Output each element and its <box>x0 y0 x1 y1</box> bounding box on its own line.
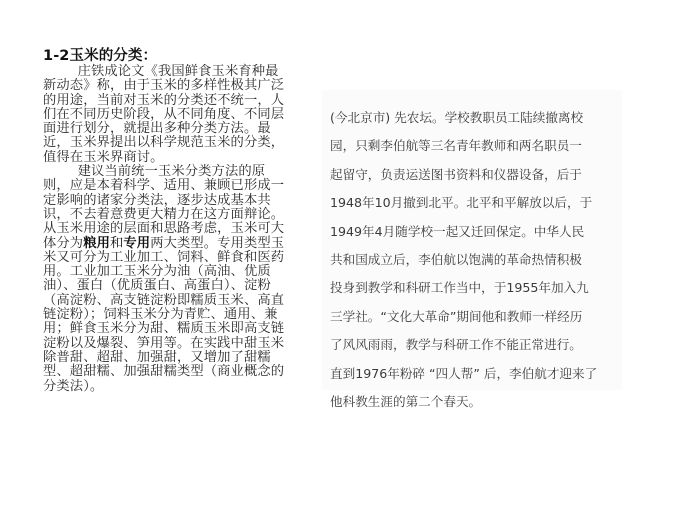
excerpt-line: 投身到教学和科研工作当中，于1955年加入九 <box>330 274 622 302</box>
excerpt-line: 三学社。“文化大革命”期间他和教师一样经历 <box>330 303 622 331</box>
article-paragraph-1: 庄铁成论文《我国鲜食玉米育种最新动态》称，由于玉米的多样性极其广泛的用途，当前对… <box>43 65 288 165</box>
excerpt-line: 1948年10月撤到北平。北平和平解放以后，于 <box>330 189 622 217</box>
excerpt-line: (今北京市) 先农坛。学校教职员工陆续撤离校 <box>330 104 622 132</box>
bold-term-special: 专用 <box>123 236 150 251</box>
conjunction-text: 和 <box>110 236 123 251</box>
paragraph-2-text-b: 两大类型。专用类型玉米又可分为工业加工、饲料、鲜食和医药用。工业加工玉米分为油（… <box>43 236 284 394</box>
biography-excerpt-panel: (今北京市) 先农坛。学校教职员工陆续撤离校 园，只剩李伯航等三名青年教师和两名… <box>322 90 622 390</box>
excerpt-line: 1949年4月随学校一起又迁回保定。中华人民 <box>330 218 622 246</box>
maize-classification-article: 1-2玉米的分类： 庄铁成论文《我国鲜食玉米育种最新动态》称，由于玉米的多样性极… <box>43 48 288 394</box>
excerpt-line: 直到1976年粉碎 “四人帮” 后，李伯航才迎来了 <box>330 360 622 388</box>
article-heading: 1-2玉米的分类： <box>43 48 288 64</box>
excerpt-line: 共和国成立后，李伯航以饱满的革命热情积极 <box>330 246 622 274</box>
excerpt-line: 他科教生涯的第二个春天。 <box>330 388 622 416</box>
excerpt-line: 起留守，负责运送图书资料和仪器设备，后于 <box>330 161 622 189</box>
bold-term-grain: 粮用 <box>83 236 110 251</box>
excerpt-line: 了风风雨雨，教学与科研工作不能正常进行。 <box>330 331 622 359</box>
excerpt-line: 园，只剩李伯航等三名青年教师和两名职员一 <box>330 132 622 160</box>
article-paragraph-2: 建议当前统一玉米分类方法的原则，应是本着科学、适用、兼顾已形成一定影响的诸家分类… <box>43 165 288 394</box>
